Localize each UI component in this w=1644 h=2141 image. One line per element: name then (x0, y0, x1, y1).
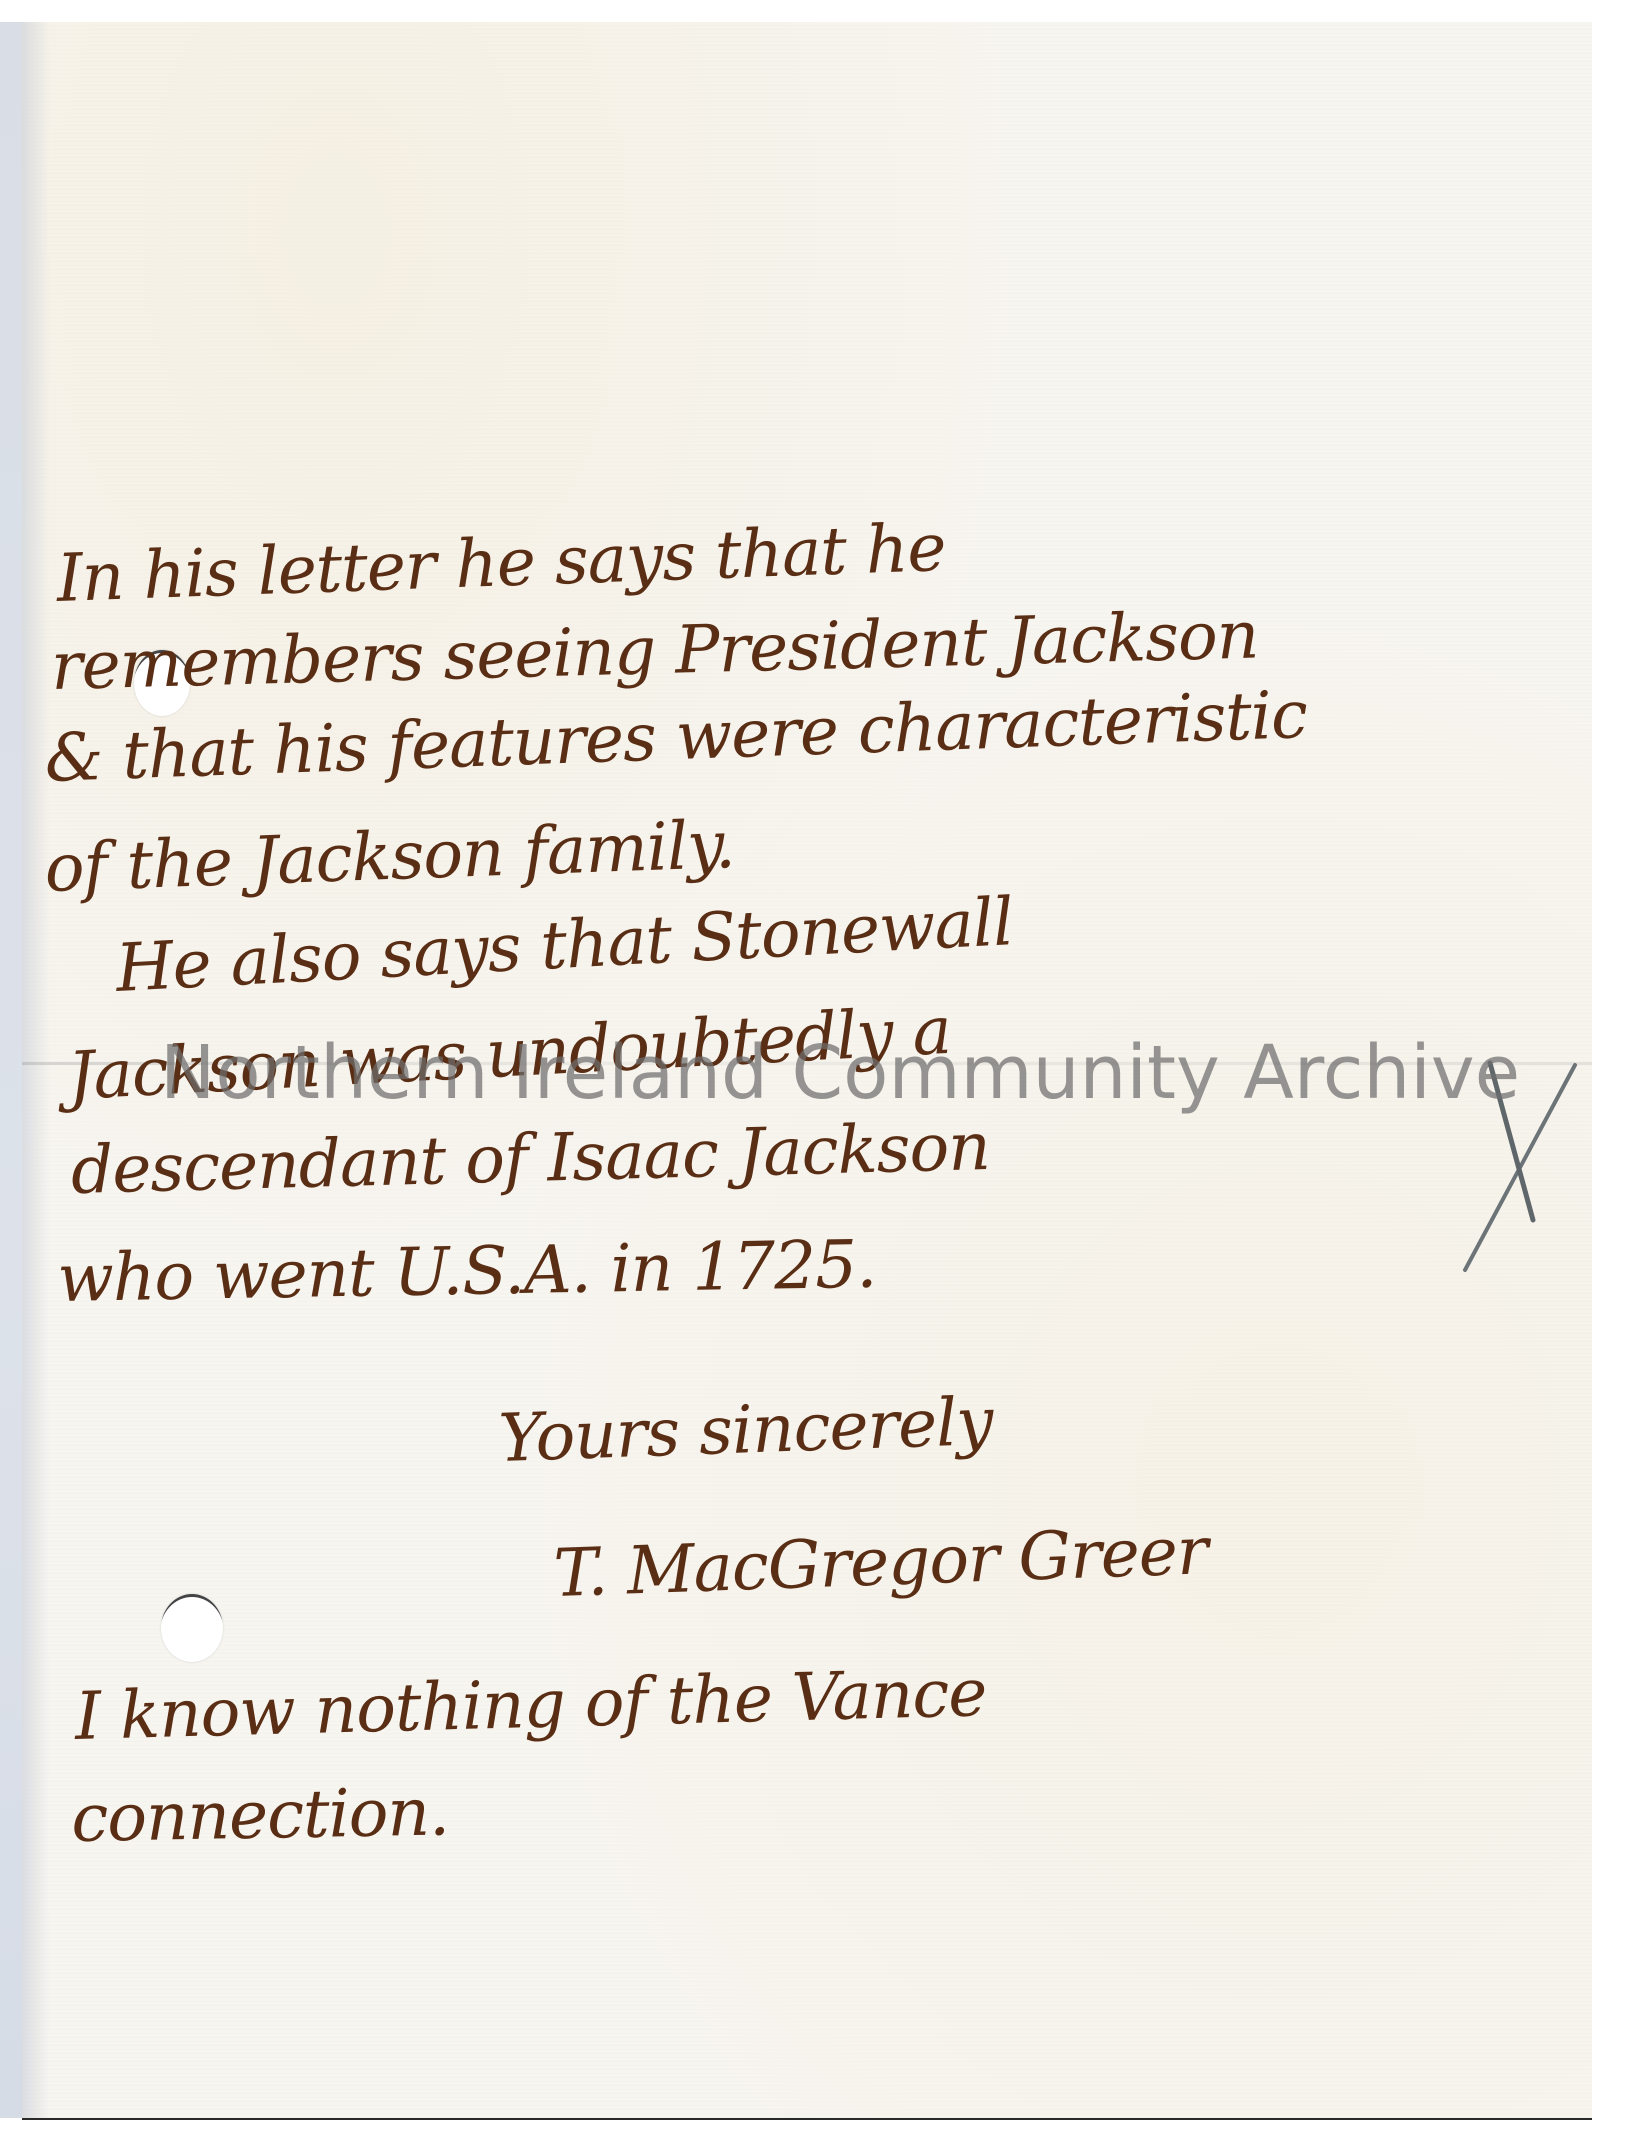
scanned-page: In his letter he says that he remembers … (0, 0, 1644, 2141)
letter-line-8: who went U.S.A. in 1725. (57, 1226, 877, 1317)
archive-watermark: Northern Ireland Community Archive (160, 1030, 1520, 1116)
paper-edge-shadow (22, 22, 50, 2118)
punch-hole-bottom (161, 1594, 223, 1662)
postscript-line-2: connection. (71, 1773, 450, 1857)
